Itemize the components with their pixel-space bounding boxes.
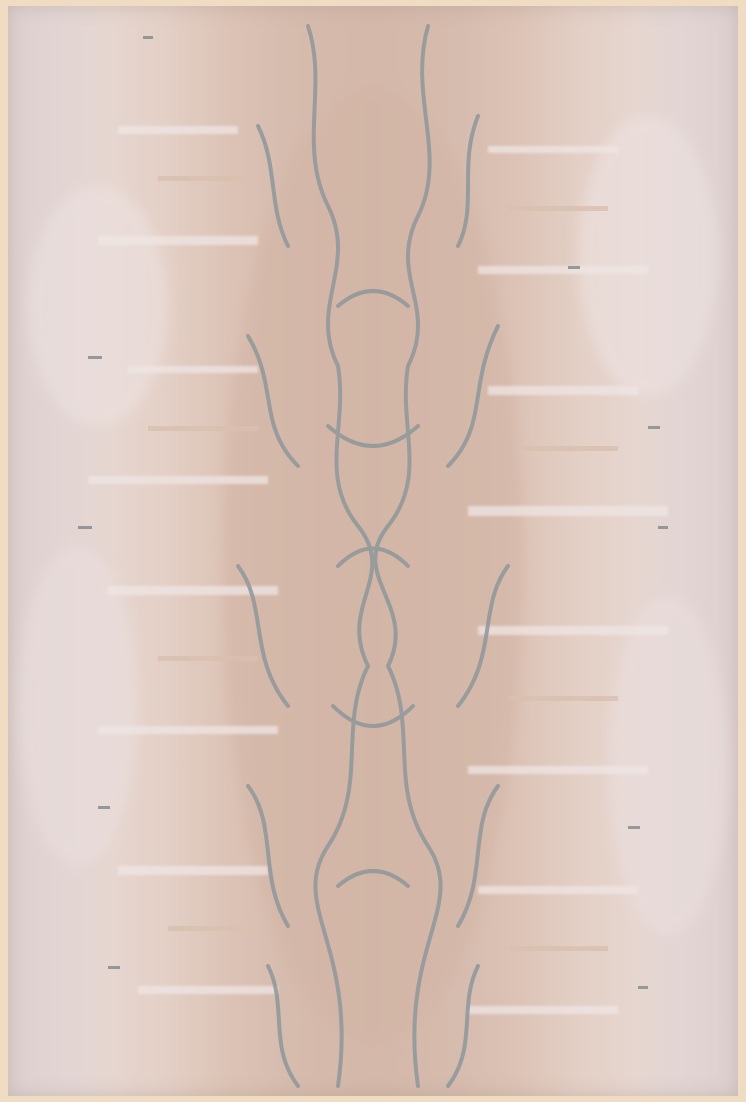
rug-pattern <box>8 6 738 1096</box>
rug <box>8 6 738 1096</box>
background-frame <box>0 0 746 1102</box>
